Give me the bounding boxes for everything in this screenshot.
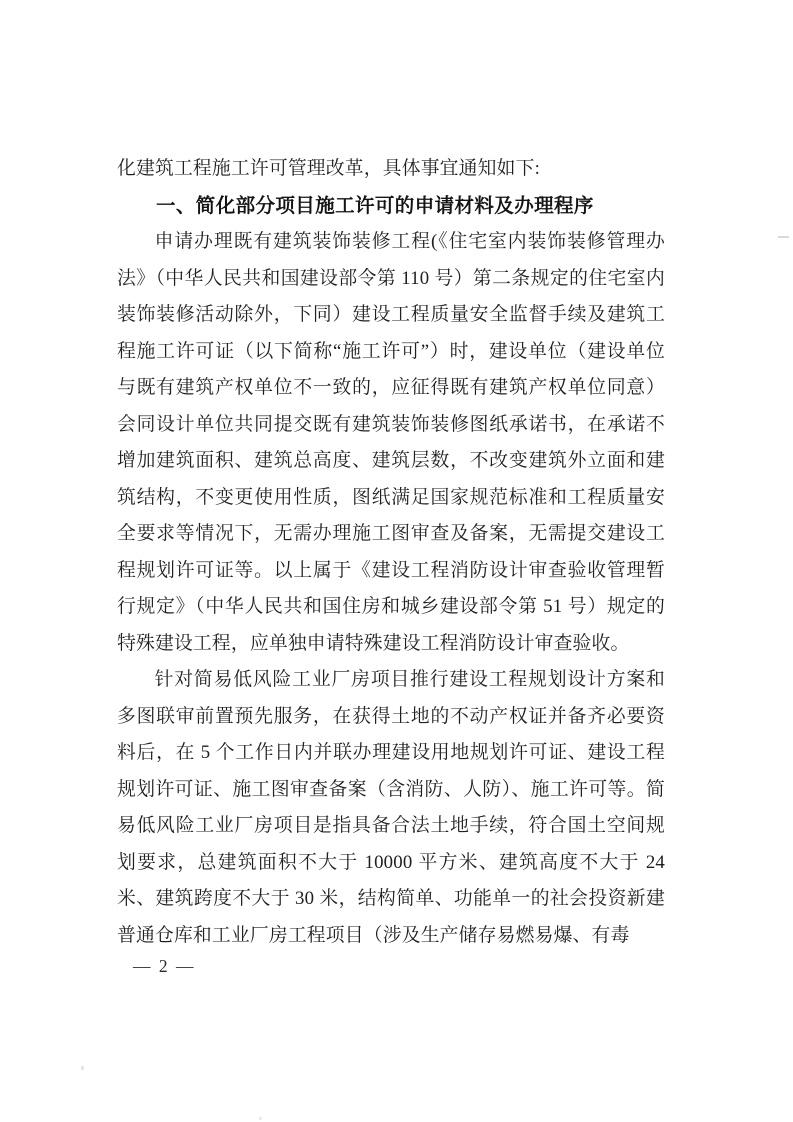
scan-artifact: [259, 1117, 262, 1120]
section-heading: 一、简化部分项目施工许可的申请材料及办理程序: [117, 188, 665, 225]
page-number: — 2 —: [133, 956, 196, 977]
intro-continuation-line: 化建筑工程施工许可管理改革，具体事宜通知如下:: [117, 151, 665, 188]
scan-artifact: [81, 1066, 84, 1070]
scan-artifact: [778, 236, 789, 238]
body-paragraph: 针对简易低风险工业厂房项目推行建设工程规划设计方案和多图联审前置预先服务，在获得…: [117, 662, 665, 954]
document-page: 化建筑工程施工许可管理改革，具体事宜通知如下: 一、简化部分项目施工许可的申请材…: [0, 0, 793, 1122]
body-paragraph: 申请办理既有建筑装饰装修工程(《住宅室内装饰装修管理办法》（中华人民共和国建设部…: [117, 224, 665, 662]
document-text-block: 化建筑工程施工许可管理改革，具体事宜通知如下: 一、简化部分项目施工许可的申请材…: [117, 151, 665, 954]
